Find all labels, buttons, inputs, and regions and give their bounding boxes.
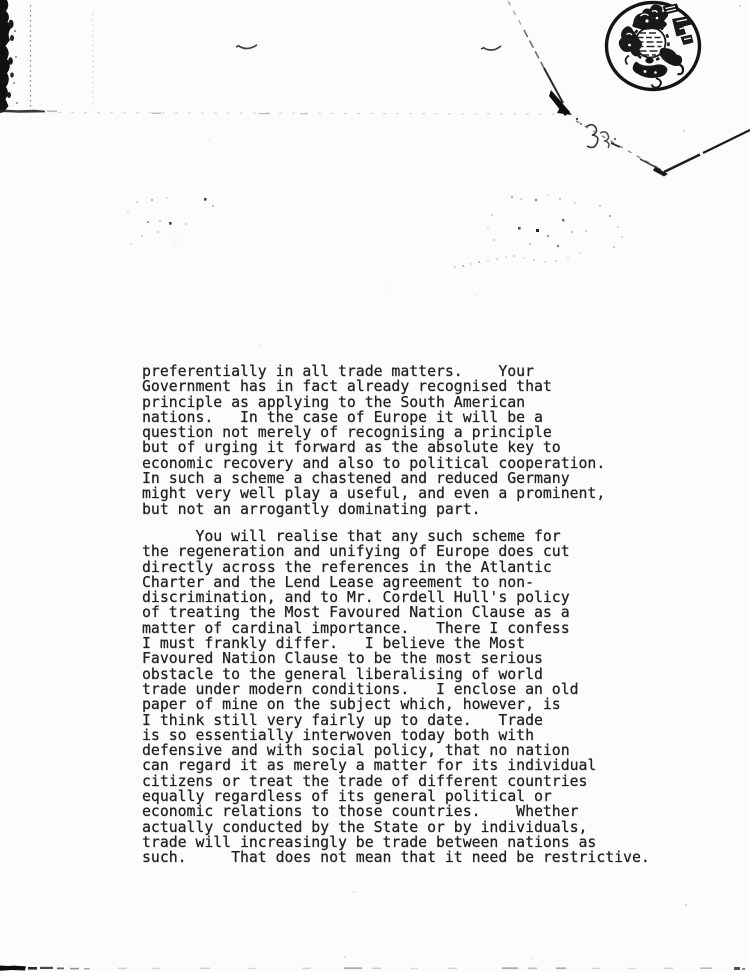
binding-marks-icon	[0, 0, 93, 113]
text-line: defensive and with social policy, that n…	[142, 743, 650, 758]
text-line: of treating the Most Favoured Nation Cla…	[142, 605, 650, 620]
text-line: I must frankly differ. I believe the Mos…	[142, 636, 650, 651]
handwritten-scribble	[576, 118, 620, 148]
text-line: principle as applying to the South Ameri…	[142, 395, 650, 410]
text-line: but not an arrogantly dominating part.	[142, 502, 650, 517]
text-line: might very well play a useful, and even …	[142, 486, 650, 501]
pen-tick-curve-icon	[236, 45, 501, 50]
text-line: paper of mine on the subject which, howe…	[142, 697, 650, 712]
text-line: citizens or treat the trade of different…	[142, 774, 650, 789]
text-line: preferentially in all trade matters. You…	[142, 364, 650, 379]
text-line: economic relations to those countries. W…	[142, 804, 650, 819]
text-line: such. That does not mean that it need be…	[142, 850, 650, 865]
text-line: Government has in fact already recognise…	[142, 379, 650, 394]
text-line: Favoured Nation Clause to be the most se…	[142, 651, 650, 666]
text-line: actually conducted by the State or by in…	[142, 820, 650, 835]
faint-stamp-speckles	[454, 194, 623, 268]
text-line: economic recovery and also to political …	[142, 456, 650, 471]
left-speckles	[127, 197, 214, 245]
text-line: matter of cardinal importance. There I c…	[142, 621, 650, 636]
text-line: In such a scheme a chastened and reduced…	[142, 471, 650, 486]
horizontal-fold-line	[58, 113, 556, 115]
text-line: nations. In the case of Europe it will b…	[142, 410, 650, 425]
text-line: You will realise that any such scheme fo…	[142, 529, 650, 544]
text-line: the regeneration and unifying of Europe …	[142, 544, 650, 559]
letter-body: preferentially in all trade matters. You…	[142, 364, 650, 866]
text-line: question not merely of recognising a pri…	[142, 425, 650, 440]
corner-fold-crease	[576, 121, 750, 177]
text-line: trade under modern conditions. I enclose…	[142, 682, 650, 697]
text-line: but of urging it forward as the absolute…	[142, 440, 650, 455]
text-line: trade will increasingly be trade between…	[142, 835, 650, 850]
text-line: obstacle to the general liberalising of …	[142, 667, 650, 682]
text-line: can regard it as merely a matter for its…	[142, 758, 650, 773]
text-line: discrimination, and to Mr. Cordell Hull'…	[142, 590, 650, 605]
crest-seal-icon	[607, 3, 700, 90]
text-line: is so essentially interwoven today both …	[142, 728, 650, 743]
text-line: directly across the references in the At…	[142, 560, 650, 575]
paragraph-1: preferentially in all trade matters. You…	[142, 364, 650, 517]
bottom-edge-marks	[0, 966, 745, 971]
text-line: I think still very fairly up to date. Tr…	[142, 713, 650, 728]
diagonal-crease-line	[508, 1, 572, 116]
text-line: Charter and the Lend Lease agreement to …	[142, 575, 650, 590]
text-line: equally regardless of its general politi…	[142, 789, 650, 804]
scanned-letter-page: preferentially in all trade matters. You…	[0, 0, 750, 972]
paragraph-2: You will realise that any such scheme fo…	[142, 529, 650, 866]
